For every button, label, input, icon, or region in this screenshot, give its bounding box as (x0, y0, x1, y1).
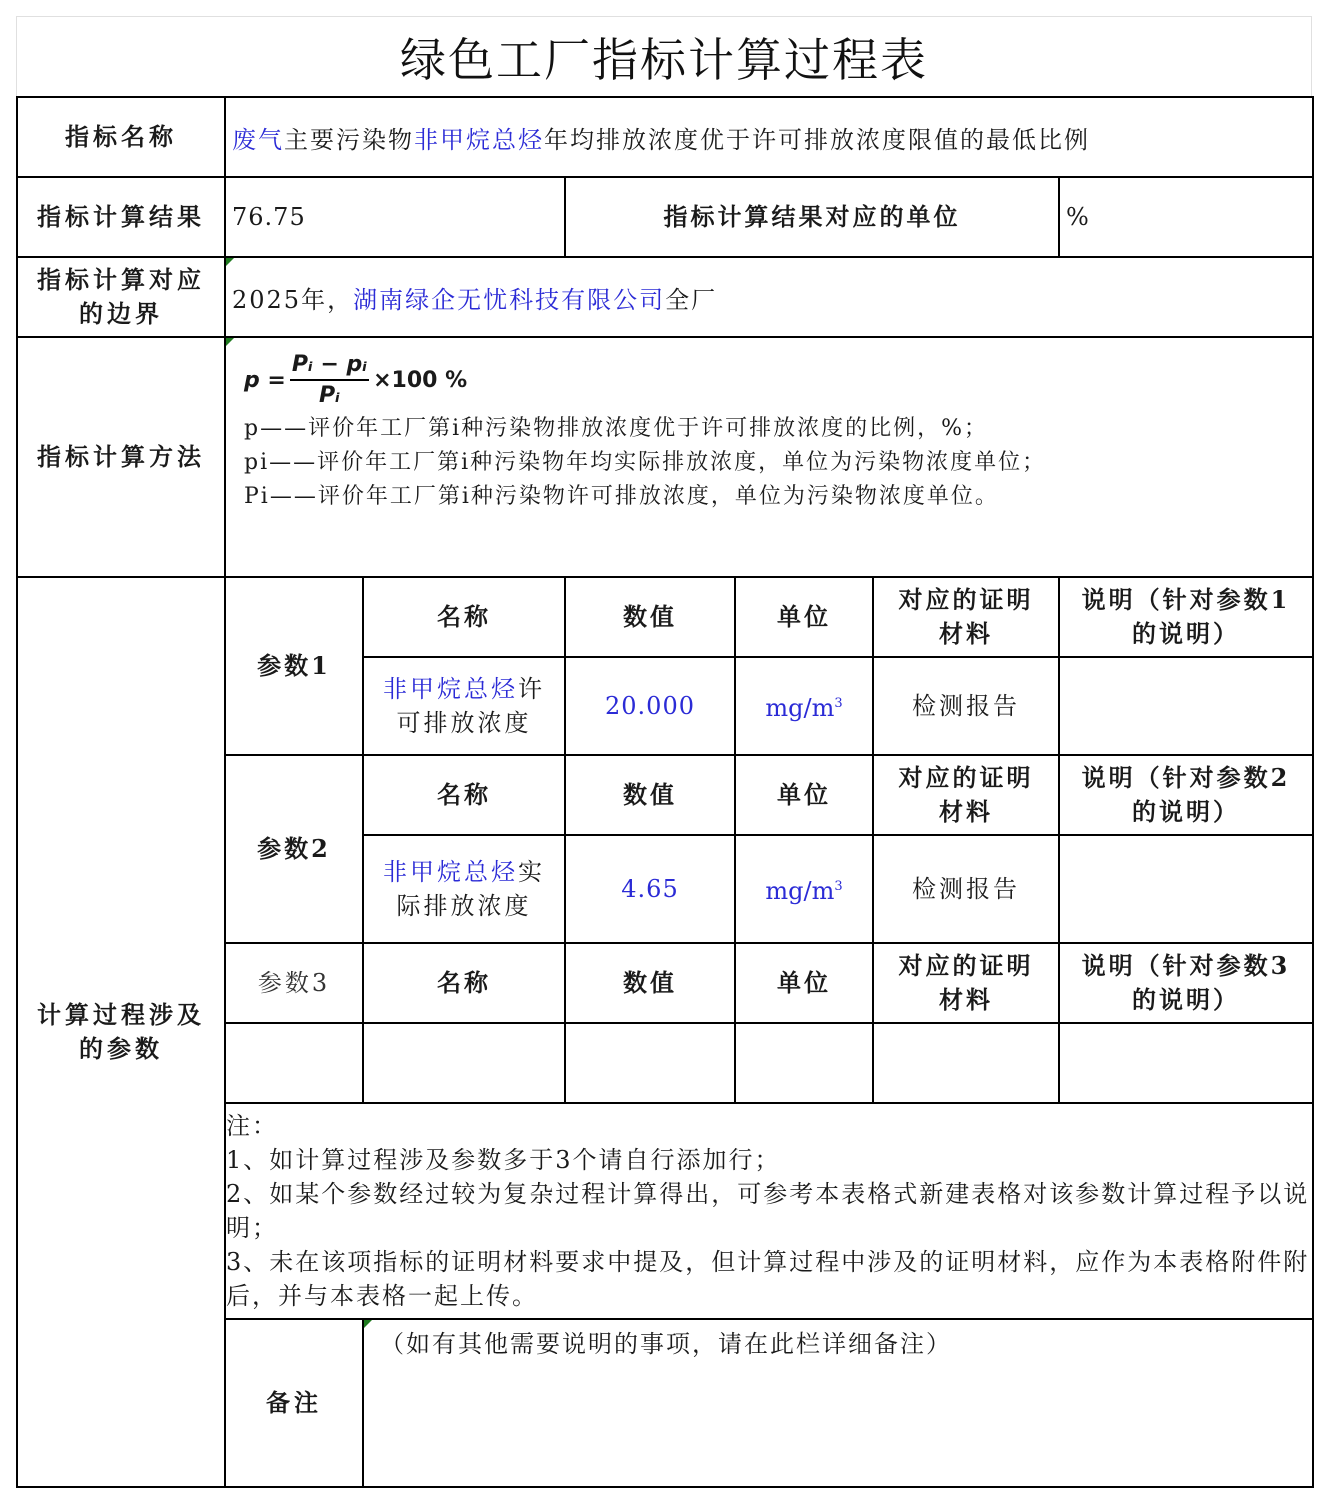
params-label-line2: 的参数 (18, 1032, 224, 1066)
row-param1-header: 计算过程涉及 的参数 参数1 名称 数值 单位 对应的证明 材料 说明（针对参数… (17, 577, 1313, 657)
header-evidence: 对应的证明 材料 (873, 755, 1059, 835)
formula-numerator: Pᵢ − pᵢ (290, 352, 369, 381)
indicator-name-label: 指标名称 (17, 97, 225, 177)
param1-name-rest: 许 (518, 675, 545, 703)
param3-extra[interactable] (225, 1023, 363, 1103)
header-note-line1: 说明（针对参数1 (1060, 583, 1312, 617)
boundary-value[interactable]: 2025年，湖南绿企无忧科技有限公司全厂 (225, 257, 1313, 337)
formula-tail: ×100 % (373, 368, 467, 393)
page-title: 绿色工厂指标计算过程表 (400, 24, 928, 90)
header-note-line2: 的说明） (1060, 983, 1312, 1017)
param1-note[interactable] (1059, 657, 1313, 755)
param1-evidence[interactable]: 检测报告 (873, 657, 1059, 755)
notes-heading: 注： (226, 1109, 1312, 1143)
indicator-name-part: 废气 (232, 126, 284, 154)
formula-image: p = Pᵢ − pᵢ Pᵢ ×100 % (226, 338, 1312, 408)
formula-definitions: p——评价年工厂第i种污染物排放浓度优于许可排放浓度的比例，%； pi——评价年… (226, 408, 1312, 514)
indicator-name-part: 非甲烷总烃 (414, 126, 544, 154)
param3-name[interactable] (363, 1023, 565, 1103)
indicator-name-part: 年均排放浓度优于许可排放浓度限值的最低比例 (544, 126, 1090, 154)
header-evidence: 对应的证明 材料 (873, 943, 1059, 1023)
note-line: 2、如某个参数经过较为复杂过程计算得出，可参考本表格式新建表格对该参数计算过程予… (226, 1177, 1312, 1245)
param2-name-rest: 实 (518, 858, 545, 886)
header-name: 名称 (363, 577, 565, 657)
header-note-line2: 的说明） (1060, 795, 1312, 829)
note-line: 3、未在该项指标的证明材料要求中提及，但计算过程中涉及的证明材料，应作为本表格附… (226, 1245, 1312, 1313)
title-bar: 绿色工厂指标计算过程表 (16, 16, 1312, 96)
param3-unit[interactable] (735, 1023, 873, 1103)
definition-line: pi——评价年工厂第i种污染物年均实际排放浓度，单位为污染物浓度单位； (244, 446, 1312, 480)
params-label-line1: 计算过程涉及 (18, 998, 224, 1032)
indicator-table: 指标名称 废气主要污染物非甲烷总烃年均排放浓度优于许可排放浓度限值的最低比例 指… (16, 96, 1314, 1488)
param2-unit-sup: 3 (834, 879, 842, 894)
indicator-name-part: 主要污染物 (284, 126, 414, 154)
header-evidence-line2: 材料 (874, 983, 1058, 1017)
param2-note[interactable] (1059, 835, 1313, 943)
param1-unit-sup: 3 (834, 696, 842, 711)
result-unit-value[interactable]: % (1059, 177, 1313, 257)
header-evidence: 对应的证明 材料 (873, 577, 1059, 657)
param2-unit-base: mg/m (765, 877, 834, 905)
header-evidence-line1: 对应的证明 (874, 949, 1058, 983)
boundary-label: 指标计算对应 的边界 (17, 257, 225, 337)
header-name: 名称 (363, 755, 565, 835)
row-result: 指标计算结果 76.75 指标计算结果对应的单位 % (17, 177, 1313, 257)
definition-line: p——评价年工厂第i种污染物排放浓度优于许可排放浓度的比例，%； (244, 412, 1312, 446)
boundary-scope: 全厂 (665, 286, 717, 314)
formula-lhs: p = (244, 368, 286, 393)
header-value: 数值 (565, 577, 735, 657)
param2-label: 参数2 (225, 755, 363, 943)
param1-unit[interactable]: mg/m3 (735, 657, 873, 755)
param1-label: 参数1 (225, 577, 363, 755)
header-note-line1: 说明（针对参数2 (1060, 761, 1312, 795)
boundary-label-line1: 指标计算对应 (18, 263, 224, 297)
header-value: 数值 (565, 755, 735, 835)
remarks-label: 备注 (225, 1319, 363, 1487)
row-boundary: 指标计算对应 的边界 2025年，湖南绿企无忧科技有限公司全厂 (17, 257, 1313, 337)
header-evidence-line2: 材料 (874, 617, 1058, 651)
header-name: 名称 (363, 943, 565, 1023)
param3-note[interactable] (1059, 1023, 1313, 1103)
param2-evidence[interactable]: 检测报告 (873, 835, 1059, 943)
header-value: 数值 (565, 943, 735, 1023)
header-note: 说明（针对参数3 的说明） (1059, 943, 1313, 1023)
method-label: 指标计算方法 (17, 337, 225, 577)
params-notes: 注： 1、如计算过程涉及参数多于3个请自行添加行； 2、如某个参数经过较为复杂过… (225, 1103, 1313, 1319)
boundary-year: 2025年， (232, 286, 353, 314)
header-note: 说明（针对参数2 的说明） (1059, 755, 1313, 835)
formula-fraction: Pᵢ − pᵢ Pᵢ (290, 352, 369, 408)
header-note: 说明（针对参数1 的说明） (1059, 577, 1313, 657)
param1-value[interactable]: 20.000 (565, 657, 735, 755)
header-evidence-line1: 对应的证明 (874, 761, 1058, 795)
param2-unit[interactable]: mg/m3 (735, 835, 873, 943)
header-unit: 单位 (735, 577, 873, 657)
row-method: 指标计算方法 p = Pᵢ − pᵢ Pᵢ ×100 % p——评价年工厂第i种… (17, 337, 1313, 577)
header-unit: 单位 (735, 943, 873, 1023)
param2-name-pollutant: 非甲烷总烃 (383, 858, 518, 886)
remarks-field[interactable]: （如有其他需要说明的事项，请在此栏详细备注） (363, 1319, 1313, 1487)
note-line: 1、如计算过程涉及参数多于3个请自行添加行； (226, 1143, 1312, 1177)
param1-unit-base: mg/m (765, 694, 834, 722)
header-evidence-line2: 材料 (874, 795, 1058, 829)
header-unit: 单位 (735, 755, 873, 835)
params-label: 计算过程涉及 的参数 (17, 577, 225, 1487)
indicator-name-value[interactable]: 废气主要污染物非甲烷总烃年均排放浓度优于许可排放浓度限值的最低比例 (225, 97, 1313, 177)
definition-line: Pi——评价年工厂第i种污染物许可排放浓度，单位为污染物浓度单位。 (244, 480, 1312, 514)
formula-denominator: Pᵢ (319, 381, 340, 408)
method-content[interactable]: p = Pᵢ − pᵢ Pᵢ ×100 % p——评价年工厂第i种污染物排放浓度… (225, 337, 1313, 577)
result-unit-label: 指标计算结果对应的单位 (565, 177, 1059, 257)
param3-value[interactable] (565, 1023, 735, 1103)
boundary-company: 湖南绿企无忧科技有限公司 (353, 286, 665, 314)
param2-name-rest2: 际排放浓度 (364, 889, 564, 923)
row-indicator-name: 指标名称 废气主要污染物非甲烷总烃年均排放浓度优于许可排放浓度限值的最低比例 (17, 97, 1313, 177)
boundary-label-line2: 的边界 (18, 297, 224, 331)
param2-value[interactable]: 4.65 (565, 835, 735, 943)
param1-name-pollutant: 非甲烷总烃 (383, 675, 518, 703)
result-label: 指标计算结果 (17, 177, 225, 257)
result-value[interactable]: 76.75 (225, 177, 565, 257)
param3-evidence[interactable] (873, 1023, 1059, 1103)
param3-label: 参数3 (225, 943, 363, 1023)
param2-name[interactable]: 非甲烷总烃实 际排放浓度 (363, 835, 565, 943)
header-note-line1: 说明（针对参数3 (1060, 949, 1312, 983)
param1-name[interactable]: 非甲烷总烃许 可排放浓度 (363, 657, 565, 755)
header-evidence-line1: 对应的证明 (874, 583, 1058, 617)
param1-name-rest2: 可排放浓度 (364, 706, 564, 740)
header-note-line2: 的说明） (1060, 617, 1312, 651)
